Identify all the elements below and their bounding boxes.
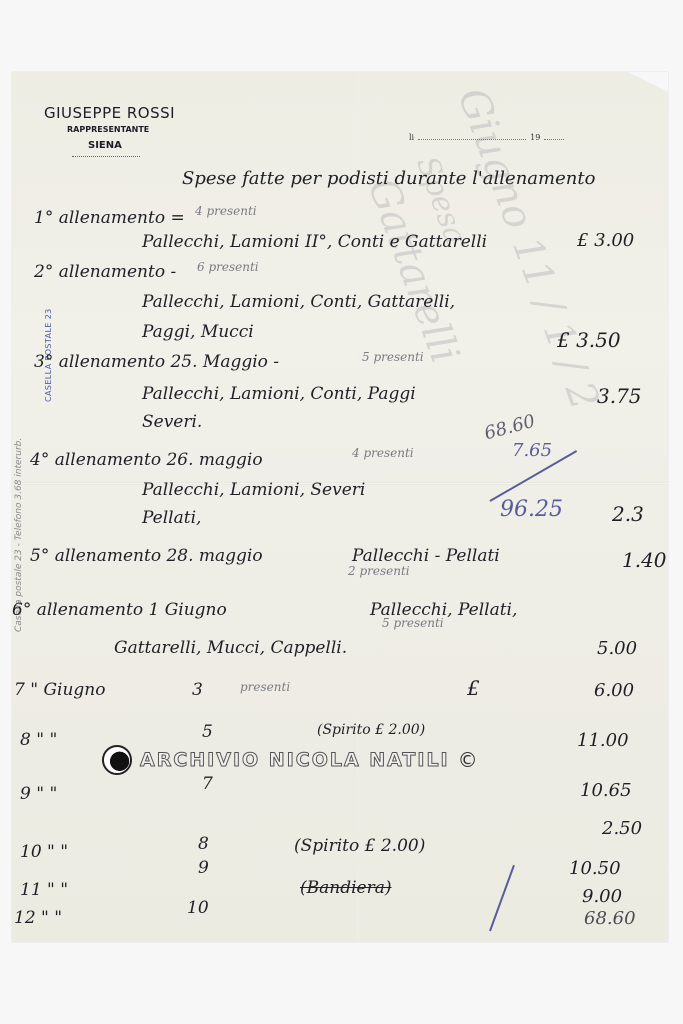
vertical-fold	[357, 72, 359, 942]
entry-day: 7	[202, 774, 213, 794]
entry-note: presenti	[240, 680, 290, 694]
total-mark	[489, 865, 515, 931]
entry-note: 5 presenti	[382, 616, 444, 630]
entry-day: 10	[187, 898, 209, 918]
currency-symbol: £	[467, 676, 480, 700]
archive-logo-icon	[102, 745, 132, 775]
entry-label: 10 " "	[20, 842, 68, 862]
entry-label: 5° allenamento 28. maggio	[30, 546, 263, 566]
entry-label: 8 " "	[20, 730, 57, 750]
folded-corner	[628, 72, 668, 92]
entry-label: 1° allenamento =	[34, 208, 185, 228]
entry-note: (Spirito £ 2.00)	[317, 722, 425, 738]
entry-names-2: Severi.	[142, 412, 202, 432]
entry-total: 68.60	[584, 908, 636, 929]
entry-day: 9	[198, 858, 209, 878]
entry-note: 4 presenti	[352, 446, 414, 460]
letterhead-role: RAPPRESENTANTE	[67, 125, 149, 134]
document-paper: Giugno 11 / 1 / 2 Spesa Gattarelli GIUSE…	[12, 72, 668, 942]
entry-label: 11 " "	[20, 880, 68, 900]
entry-names: Pallecchi, Lamioni II°, Conti e Gattarel…	[142, 232, 487, 252]
entry-amount: 10.50	[569, 858, 621, 879]
entry-names-2: Gattarelli, Mucci, Cappelli.	[114, 638, 347, 658]
letterhead-city: SIENA	[88, 140, 122, 151]
entry-amount: 5.00	[597, 638, 637, 659]
entry-label: 4° allenamento 26. maggio	[30, 450, 263, 470]
entry-label: 6° allenamento 1 Giugno	[12, 600, 227, 620]
entry-amount: 6.00	[594, 680, 634, 701]
year-prefix: 19	[530, 133, 540, 142]
entry-names: Pallecchi - Pellati	[352, 546, 500, 566]
entry-amount: 1.40	[622, 548, 667, 572]
entry-note: 6 presenti	[197, 260, 259, 274]
calc-line-2: 7.65	[512, 440, 552, 461]
entry-names-2: Pellati,	[142, 508, 201, 528]
entry-note: 5 presenti	[362, 350, 424, 364]
entry-note: 2 presenti	[348, 564, 410, 578]
entry-note: (Spirito £ 2.00)	[294, 836, 425, 856]
entry-amount: 10.65	[580, 780, 632, 801]
entry-day: 5	[202, 722, 213, 742]
entry-day: 8	[198, 834, 209, 854]
date-prefix: li	[409, 133, 414, 142]
archive-watermark: ARCHIVIO NICOLA NATILI ©	[102, 745, 478, 775]
document-heading: Spese fatte per podisti durante l'allena…	[182, 168, 595, 189]
entry-label: 7 " Giugno	[14, 680, 105, 700]
entry-amount: 2.3	[612, 502, 644, 526]
entry-day: 3	[192, 680, 203, 700]
letterhead-divider	[72, 156, 140, 157]
copyright-icon: ©	[458, 748, 478, 772]
entry-amount: 2.50	[602, 818, 642, 839]
entry-amount: 3.75	[597, 384, 642, 408]
entry-amount: £ 3.00	[577, 230, 634, 251]
entry-note: 4 presenti	[195, 204, 257, 218]
entry-note-struck: (Bandiera)	[300, 878, 391, 898]
entry-label: 12 " "	[14, 908, 62, 928]
watermark-text: ARCHIVIO NICOLA NATILI	[140, 749, 450, 771]
entry-amount: 9.00	[582, 886, 622, 907]
date-line: li19	[409, 133, 564, 142]
letterhead-name: GIUSEPPE ROSSI	[44, 104, 175, 122]
entry-names: Pallecchi, Lamioni, Conti, Paggi	[142, 384, 416, 404]
entry-amount: £ 3.50	[557, 328, 621, 352]
calc-result: 96.25	[500, 497, 563, 522]
entry-label: 2° allenamento -	[34, 262, 176, 282]
entry-label: 3° allenamento 25. Maggio -	[34, 352, 279, 372]
entry-names: Pallecchi, Lamioni, Severi	[142, 480, 365, 500]
entry-names-2: Paggi, Mucci	[142, 322, 254, 342]
entry-label: 9 " "	[20, 784, 57, 804]
entry-amount: 11.00	[577, 730, 629, 751]
entry-names: Pallecchi, Lamioni, Conti, Gattarelli,	[142, 292, 455, 312]
